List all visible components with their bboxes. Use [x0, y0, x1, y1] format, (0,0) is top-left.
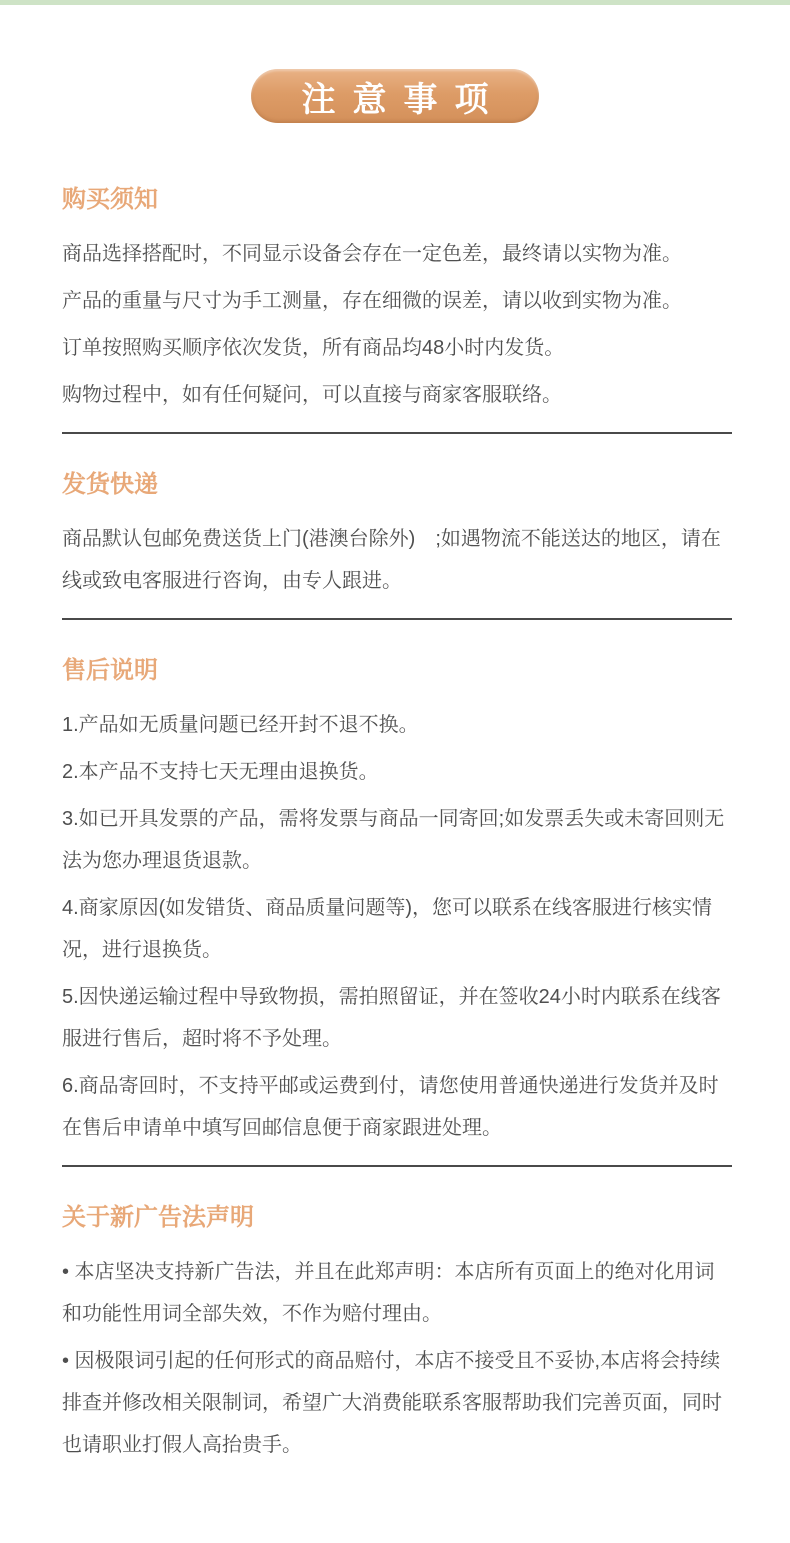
paragraph: 购物过程中，如有任何疑问，可以直接与商家客服联络。: [62, 374, 732, 416]
section-divider: [62, 1165, 732, 1167]
aftersales-item: 2.本产品不支持七天无理由退换货。: [62, 751, 732, 793]
section-heading-aftersales: 售后说明: [62, 656, 732, 686]
aftersales-item: 4.商家原因(如发错货、商品质量问题等)，您可以联系在线客服进行核实情况，进行退…: [62, 887, 732, 971]
section-shipping: 发货快递 商品默认包邮免费送货上门(港澳台除外) ;如遇物流不能送达的地区，请在…: [62, 470, 732, 602]
ad-law-bullet: • 本店坚决支持新广告法，并且在此郑声明：本店所有页面上的绝对化用词和功能性用词…: [62, 1251, 732, 1335]
section-heading-shipping: 发货快递: [62, 470, 732, 500]
ad-law-bullet: • 因极限词引起的任何形式的商品赔付，本店不接受且不妥协,本店将会持续排查并修改…: [62, 1340, 732, 1466]
page-title: 注意事项: [285, 72, 506, 121]
paragraph: 产品的重量与尺寸为手工测量，存在细微的误差，请以收到实物为准。: [62, 280, 732, 322]
paragraph: 商品选择搭配时，不同显示设备会存在一定色差，最终请以实物为准。: [62, 233, 732, 275]
aftersales-item: 5.因快递运输过程中导致物损，需拍照留证，并在签收24小时内联系在线客服进行售后…: [62, 976, 732, 1060]
aftersales-item: 3.如已开具发票的产品，需将发票与商品一同寄回;如发票丢失或未寄回则无法为您办理…: [62, 798, 732, 882]
section-heading-ad-law: 关于新广告法声明: [62, 1203, 732, 1233]
precautions-page: { "page": { "top_strip_color": "#cee3c6"…: [0, 0, 790, 1543]
section-divider: [62, 432, 732, 434]
section-divider: [62, 618, 732, 620]
content-column: 购买须知 商品选择搭配时，不同显示设备会存在一定色差，最终请以实物为准。 产品的…: [62, 185, 732, 1466]
section-heading-purchase-notice: 购买须知: [62, 185, 732, 215]
paragraph: 商品默认包邮免费送货上门(港澳台除外) ;如遇物流不能送达的地区，请在线或致电客…: [62, 518, 732, 602]
paragraph: 订单按照购买顺序依次发货，所有商品均48小时内发货。: [62, 327, 732, 369]
section-aftersales: 售后说明 1.产品如无质量问题已经开封不退不换。 2.本产品不支持七天无理由退换…: [62, 656, 732, 1149]
top-green-strip: [0, 0, 790, 5]
section-title-badge: 注意事项: [251, 69, 539, 123]
aftersales-item: 6.商品寄回时，不支持平邮或运费到付，请您使用普通快递进行发货并及时在售后申请单…: [62, 1065, 732, 1149]
section-purchase-notice: 购买须知 商品选择搭配时，不同显示设备会存在一定色差，最终请以实物为准。 产品的…: [62, 185, 732, 416]
aftersales-item: 1.产品如无质量问题已经开封不退不换。: [62, 704, 732, 746]
section-ad-law-statement: 关于新广告法声明 • 本店坚决支持新广告法，并且在此郑声明：本店所有页面上的绝对…: [62, 1203, 732, 1466]
